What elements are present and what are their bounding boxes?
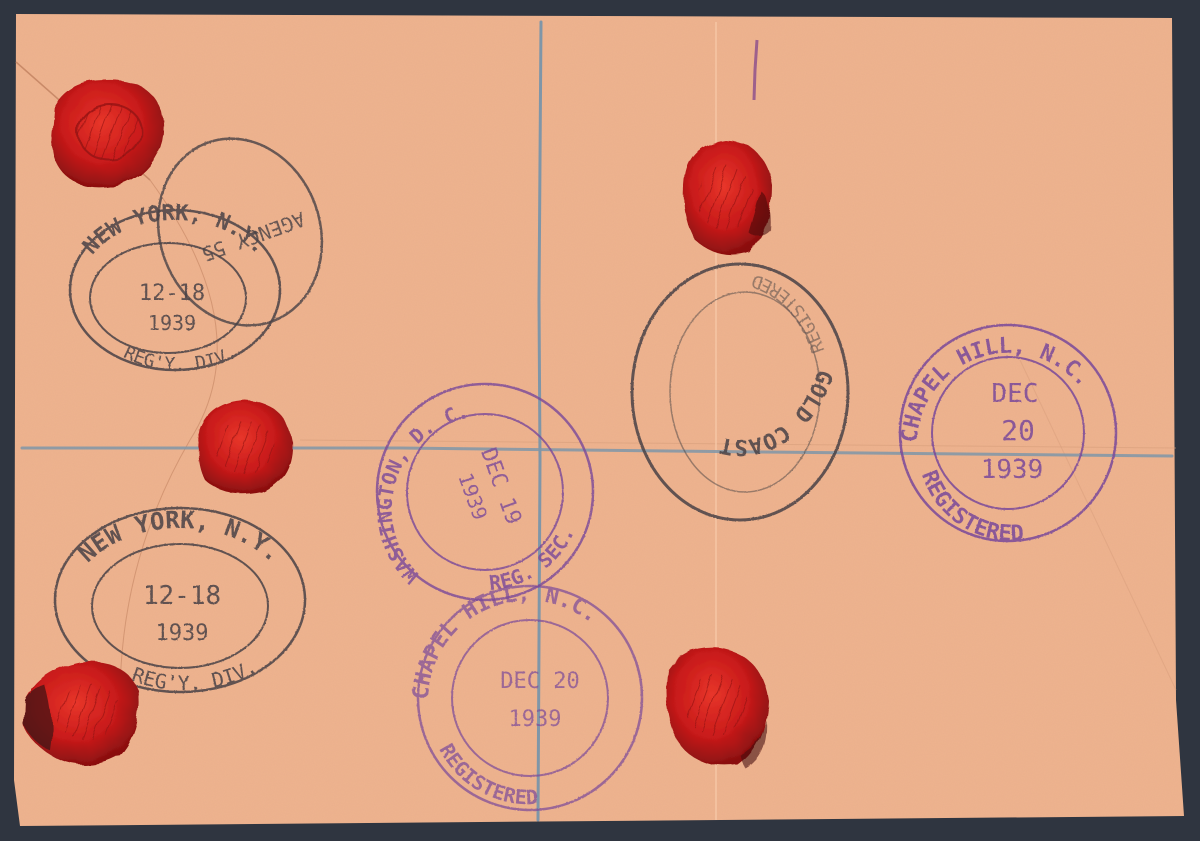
svg-text:DEC: DEC bbox=[992, 379, 1039, 409]
svg-text:DEC 20: DEC 20 bbox=[500, 669, 579, 694]
svg-text:1939: 1939 bbox=[981, 455, 1044, 485]
cover-photo: AGENCY 55 NEW YORK, N.Y. 12-18 1939 REG'… bbox=[0, 0, 1200, 841]
svg-text:12-18: 12-18 bbox=[143, 581, 221, 611]
wax-seal-middle-left bbox=[198, 400, 292, 494]
svg-text:20: 20 bbox=[1001, 414, 1035, 447]
svg-text:1939: 1939 bbox=[509, 707, 562, 732]
svg-text:1939: 1939 bbox=[148, 311, 196, 335]
wax-seal-top-center bbox=[684, 140, 772, 255]
svg-text:12-18: 12-18 bbox=[139, 281, 205, 306]
svg-text:1939: 1939 bbox=[156, 621, 209, 646]
